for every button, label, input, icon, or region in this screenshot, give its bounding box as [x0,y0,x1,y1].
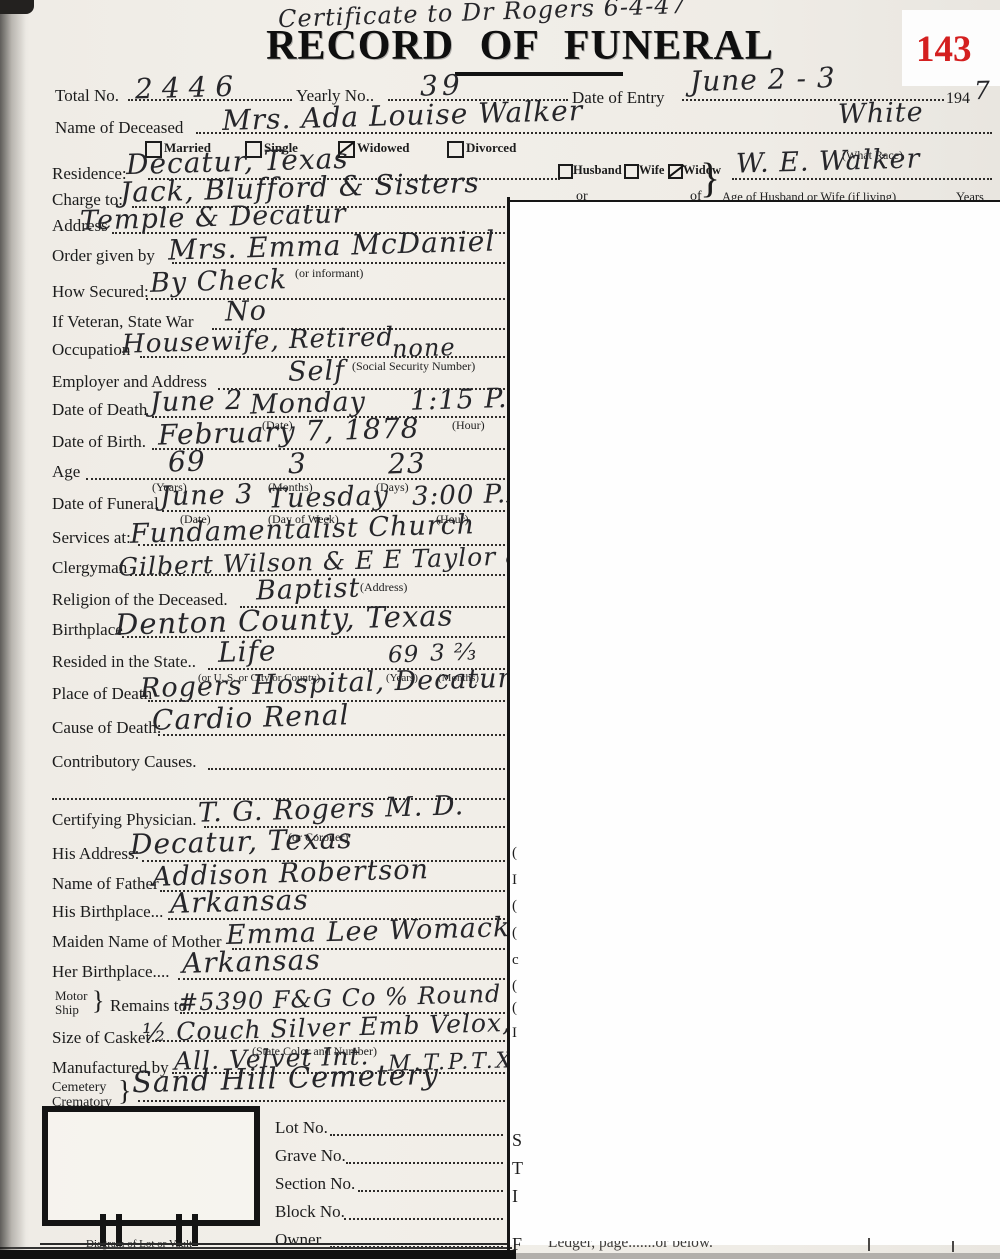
block-no-dotted-line [344,1218,503,1220]
date-of-death-date: June 2 [150,387,244,417]
yearly-no-value: 39 [420,71,464,100]
occupation-value: Housewife, Retired [122,324,395,358]
contributory-label: Contributory Causes. [52,752,197,772]
page-number-patch: 143 [902,10,1000,86]
lot-no-dotted-line [330,1134,503,1136]
cemetery-brace: } [118,1078,131,1106]
his-address-label: His Address: [52,844,139,864]
race-value: White [838,99,924,128]
bottom-hairline-rule [40,1243,508,1245]
veteran-value: No [225,297,268,325]
cemetery-value: Sand Hill Cemetery [132,1060,440,1098]
how-secured-value: By Check [150,266,288,297]
her-birthplace-label: Her Birthplace.... [52,962,170,982]
edge-fragment: c [512,952,519,969]
name-of-deceased-label: Name of Deceased [55,118,183,138]
scan-bottom-band-left [0,1250,516,1259]
clergyman-address-caption: (Address) [360,580,407,595]
remains-brace: } [92,988,104,1014]
column-divider-line [507,197,510,1259]
services-at-value: Fundamentalist Church [130,511,476,548]
date-of-birth-label: Date of Birth. [52,432,146,452]
name-of-deceased-value: Mrs. Ada Louise Walker [222,97,584,135]
grave-no-label: Grave No. [275,1146,346,1166]
age-years-value: 69 [168,447,206,476]
lot-diagram-box [42,1106,260,1226]
death-hour-caption: (Hour) [452,418,485,433]
how-secured-label: How Secured: [52,282,149,302]
spouse-brace: } [700,158,720,200]
widowed-label: Widowed [357,140,410,156]
cemetery-dotted-line [138,1100,505,1102]
funeral-date-value: June 3 [160,481,254,511]
contributory-dotted-line [208,768,505,770]
order-given-by-label: Order given by [52,246,155,266]
edge-fragment: ( [512,845,517,862]
how-secured-dotted-line [146,298,505,300]
resided-years-value: 69 [388,644,420,668]
religion-value: Baptist [256,575,361,605]
section-no-dotted-line [358,1190,503,1192]
birthplace-value: Denton County, Texas [115,601,454,639]
section-no-label: Section No. [275,1174,355,1194]
employer-value: Self [288,357,346,386]
husband-checkbox [558,164,573,179]
bottom-tick-mark [952,1241,954,1252]
edge-fragment: I [512,1025,517,1042]
bottom-tick-mark [868,1238,870,1251]
occupation-ssn-value: none [392,335,456,361]
funeral-day-value: Tuesday [268,482,390,512]
bottom-hairline-rule-2 [0,1247,512,1249]
birthplace-label: Birthplace [52,620,123,640]
funeral-record-scan: Certificate to Dr Rogers 6-4-47 RECORD O… [0,0,1000,1259]
his-address-value: Decatur, Texas [130,825,353,859]
blank-overlay-region [510,200,1000,1245]
husband-label: Husband [573,163,622,178]
cause-of-death-value: Cardio Renal [152,701,350,735]
scan-corner-mark [0,0,34,14]
year-printed: 194 [946,90,970,108]
wife-label: Wife [639,163,664,178]
scan-edge-shadow [0,0,26,1259]
diagram-leg-right-b [192,1214,198,1246]
edge-fragment: S [512,1130,522,1151]
total-no-value: 2446 [135,73,243,104]
remains-to-label: Remains to [110,996,187,1016]
date-of-death-label: Date of Death [52,400,147,420]
page-number: 143 [916,28,972,71]
ship-label: Ship [55,1002,79,1018]
date-of-funeral-label: Date of Funeral [52,494,159,514]
his-birthplace-value: Arkansas [170,886,309,918]
edge-fragment: T [512,1158,523,1179]
her-birthplace-value: Arkansas [182,946,321,978]
widow-checkbox [668,164,683,179]
father-label: Name of Father [52,874,159,894]
edge-fragment: I [512,1186,518,1207]
total-no-label: Total No. [55,86,119,106]
resided-value: Life [218,637,277,667]
resided-label: Resided in the State.. [52,652,196,672]
occupation-label: Occupation [52,340,130,360]
resided-months-value: 3 ⅔ [430,641,478,665]
edge-fragment: ( [512,1000,517,1017]
age-months-value: 3 [288,450,308,479]
bottom-partial-text: Ledger, page.......or below. [548,1241,713,1252]
date-of-entry-label: Date of Entry [572,88,665,108]
age-label: Age [52,462,80,482]
title-rule [455,72,623,76]
wife-checkbox [624,164,639,179]
services-at-label: Services at: [52,528,131,548]
bottom-partial-text-clip: Ledger, page.......or below. [548,1241,888,1254]
age-days-value: 23 [388,449,426,478]
edge-fragment: ( [512,978,517,995]
year-written: 7 [974,78,992,103]
grave-no-dotted-line [346,1162,503,1164]
order-given-by-value: Mrs. Emma McDaniel [168,227,496,264]
clergyman-label: Clergyman [52,558,127,578]
or-informant-caption: (or informant) [295,266,363,281]
spouse-name-value: W. E. Walker [736,145,921,177]
cemetery-label: Cemetery [52,1080,106,1096]
divorced-checkbox [447,141,464,158]
edge-fragment: ( [512,925,517,942]
lot-no-label: Lot No. [275,1118,328,1138]
residence-label: Residence: [52,164,127,184]
casket-label: Size of Casket [52,1028,150,1048]
his-birthplace-label: His Birthplace... [52,902,163,922]
place-of-death-label: Place of Death [52,684,152,704]
edge-fragment: I [512,872,517,889]
block-no-label: Block No. [275,1202,345,1222]
date-of-entry-value: June 2 - 3 [690,64,836,96]
divorced-label: Divorced [466,140,516,156]
edge-fragment: ( [512,898,517,915]
cause-of-death-label: Cause of Death: [52,718,162,738]
